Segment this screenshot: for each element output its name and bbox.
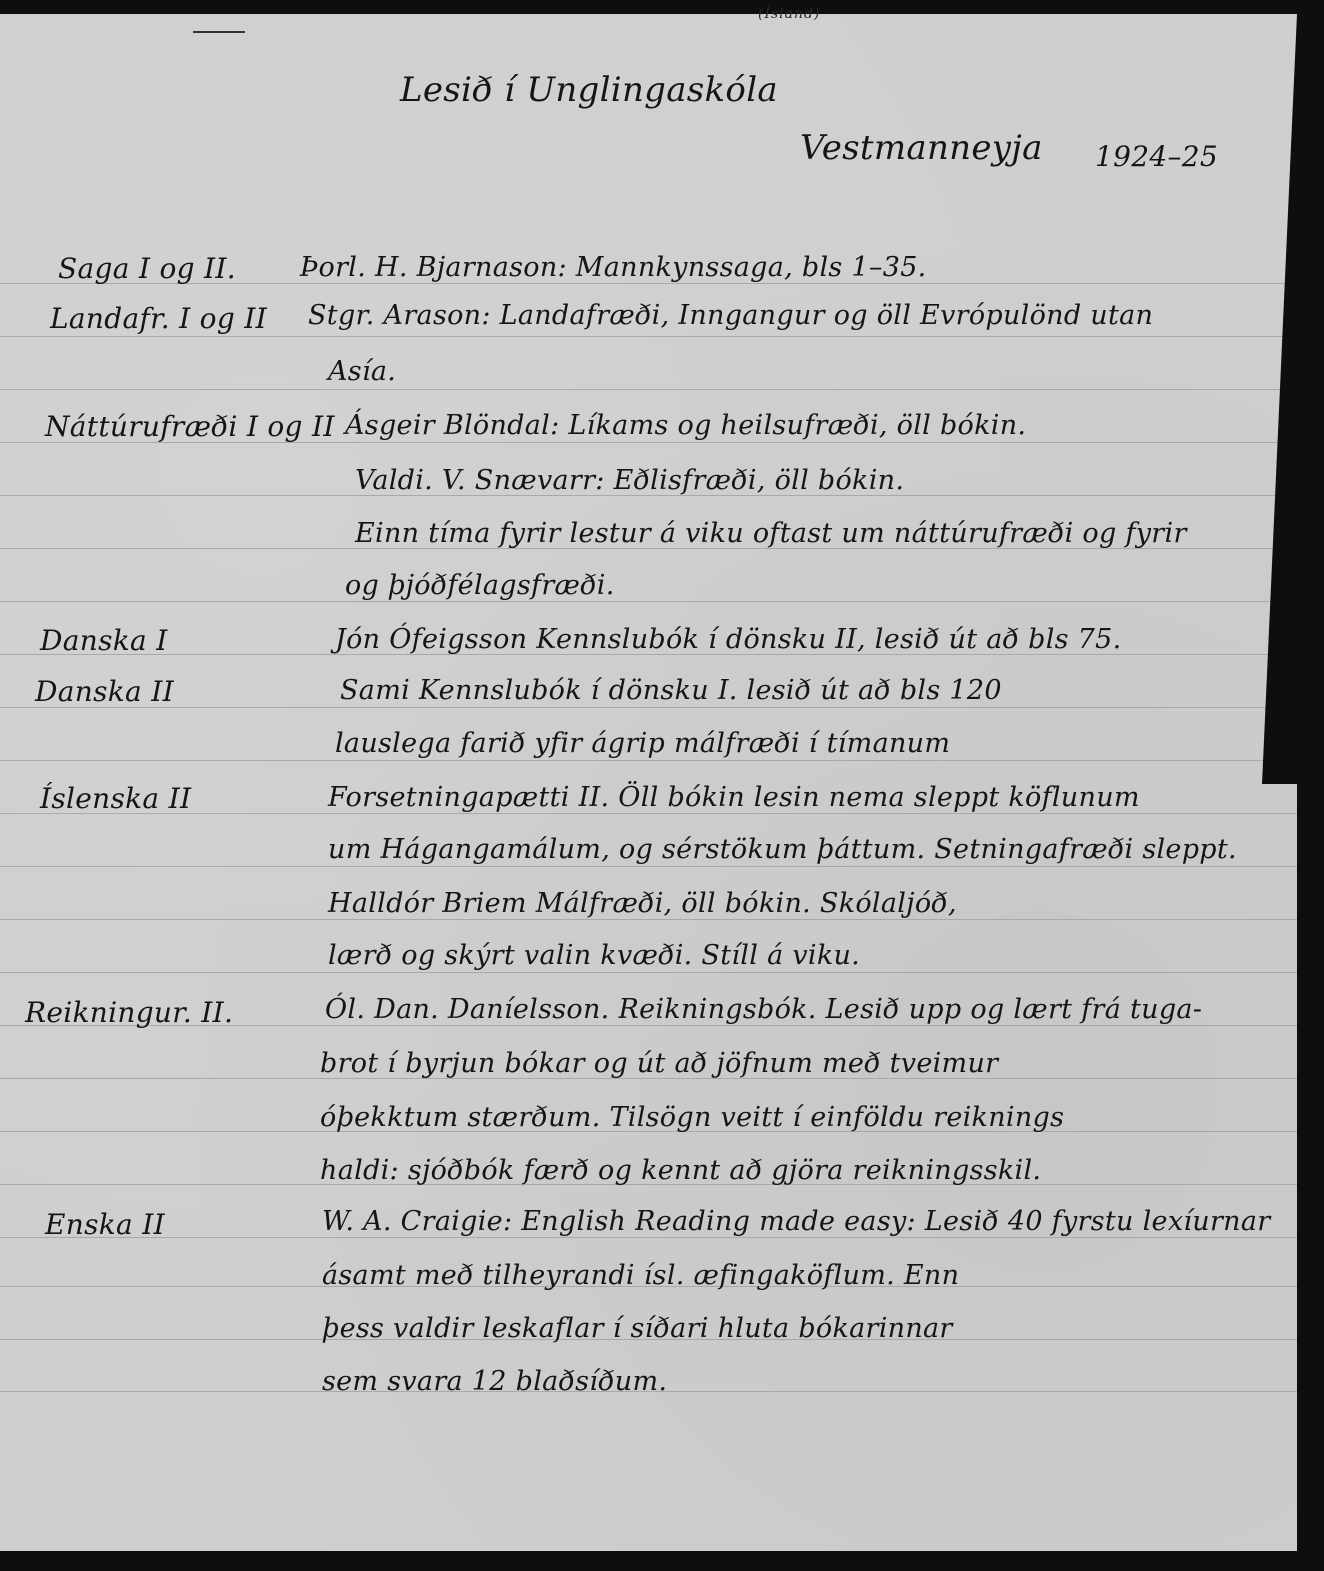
entry-line: W. A. Craigie: English Reading made easy… bbox=[322, 1206, 1270, 1237]
entry-line: haldi: sjóðbók færð og kennt að gjöra re… bbox=[320, 1155, 1041, 1186]
entry-line: Jón Ófeigsson Kennslubók í dönsku II, le… bbox=[335, 624, 1122, 655]
document-title: Lesið í Unglingaskóla bbox=[400, 70, 778, 110]
ruled-line bbox=[0, 866, 1297, 867]
ruled-line bbox=[0, 389, 1297, 390]
top-margin-mark bbox=[193, 31, 245, 33]
ruled-line bbox=[0, 601, 1297, 602]
ruled-line bbox=[0, 919, 1297, 920]
entry-line: Ól. Dan. Daníelsson. Reikningsbók. Lesið… bbox=[325, 994, 1202, 1025]
ruled-line bbox=[0, 707, 1297, 708]
subject-label-saga: Saga I og II. bbox=[58, 252, 236, 285]
subject-label-danska-2: Danska II bbox=[35, 675, 174, 708]
subject-label-islenska-2: Íslenska II bbox=[40, 782, 191, 815]
subject-label-danska-1: Danska I bbox=[40, 624, 168, 657]
entry-line: sem svara 12 blaðsíðum. bbox=[322, 1366, 667, 1397]
entry-line: Stgr. Arason: Landafræði, Inngangur og ö… bbox=[308, 300, 1153, 331]
entry-line: ásamt með tilheyrandi ísl. æfingaköflum.… bbox=[322, 1260, 959, 1291]
entry-line: Valdi. V. Snævarr: Eðlisfræði, öll bókin… bbox=[355, 465, 904, 496]
entry-line: Ásgeir Blöndal: Líkams og heilsufræði, ö… bbox=[345, 410, 1026, 441]
archive-stamp: (Ísland) bbox=[758, 6, 820, 22]
subject-label-enska-2: Enska II bbox=[45, 1208, 165, 1241]
subject-label-landafraedi: Landafr. I og II bbox=[50, 302, 267, 335]
entry-line: Halldór Briem Málfræði, öll bókin. Skóla… bbox=[328, 888, 957, 919]
entry-line: óþekktum stærðum. Tilsögn veitt í einföl… bbox=[320, 1102, 1064, 1133]
entry-line: lauslega farið yfir ágrip málfræði í tím… bbox=[335, 728, 950, 759]
ruled-line bbox=[0, 1237, 1297, 1238]
entry-line: þess valdir leskaflar í síðari hluta bók… bbox=[322, 1313, 953, 1344]
ruled-line bbox=[0, 972, 1297, 973]
ruled-line bbox=[0, 760, 1297, 761]
document-place: Vestmanneyja bbox=[800, 128, 1043, 168]
ruled-line bbox=[0, 813, 1297, 814]
subject-label-natturufraedi: Náttúrufræði I og II bbox=[45, 410, 335, 443]
entry-line: Þorl. H. Bjarnason: Mannkynssaga, bls 1–… bbox=[300, 252, 927, 283]
entry-line: Forsetningapætti II. Öll bókin lesin nem… bbox=[328, 782, 1140, 813]
entry-line: Einn tíma fyrir lestur á viku oftast um … bbox=[355, 518, 1187, 549]
document-year: 1924–25 bbox=[1095, 140, 1218, 173]
entry-line: brot í byrjun bókar og út að jöfnum með … bbox=[320, 1048, 998, 1079]
ruled-line bbox=[0, 336, 1297, 337]
entry-line: Asía. bbox=[328, 356, 396, 387]
entry-line: um Hágangamálum, og sérstökum þáttum. Se… bbox=[328, 834, 1237, 865]
entry-line: og þjóðfélagsfræði. bbox=[345, 570, 615, 601]
entry-line: lærð og skýrt valin kvæði. Stíll á viku. bbox=[328, 940, 860, 971]
subject-label-reikningur: Reikningur. II. bbox=[25, 996, 233, 1029]
entry-line: Sami Kennslubók í dönsku I. lesið út að … bbox=[340, 675, 1002, 706]
